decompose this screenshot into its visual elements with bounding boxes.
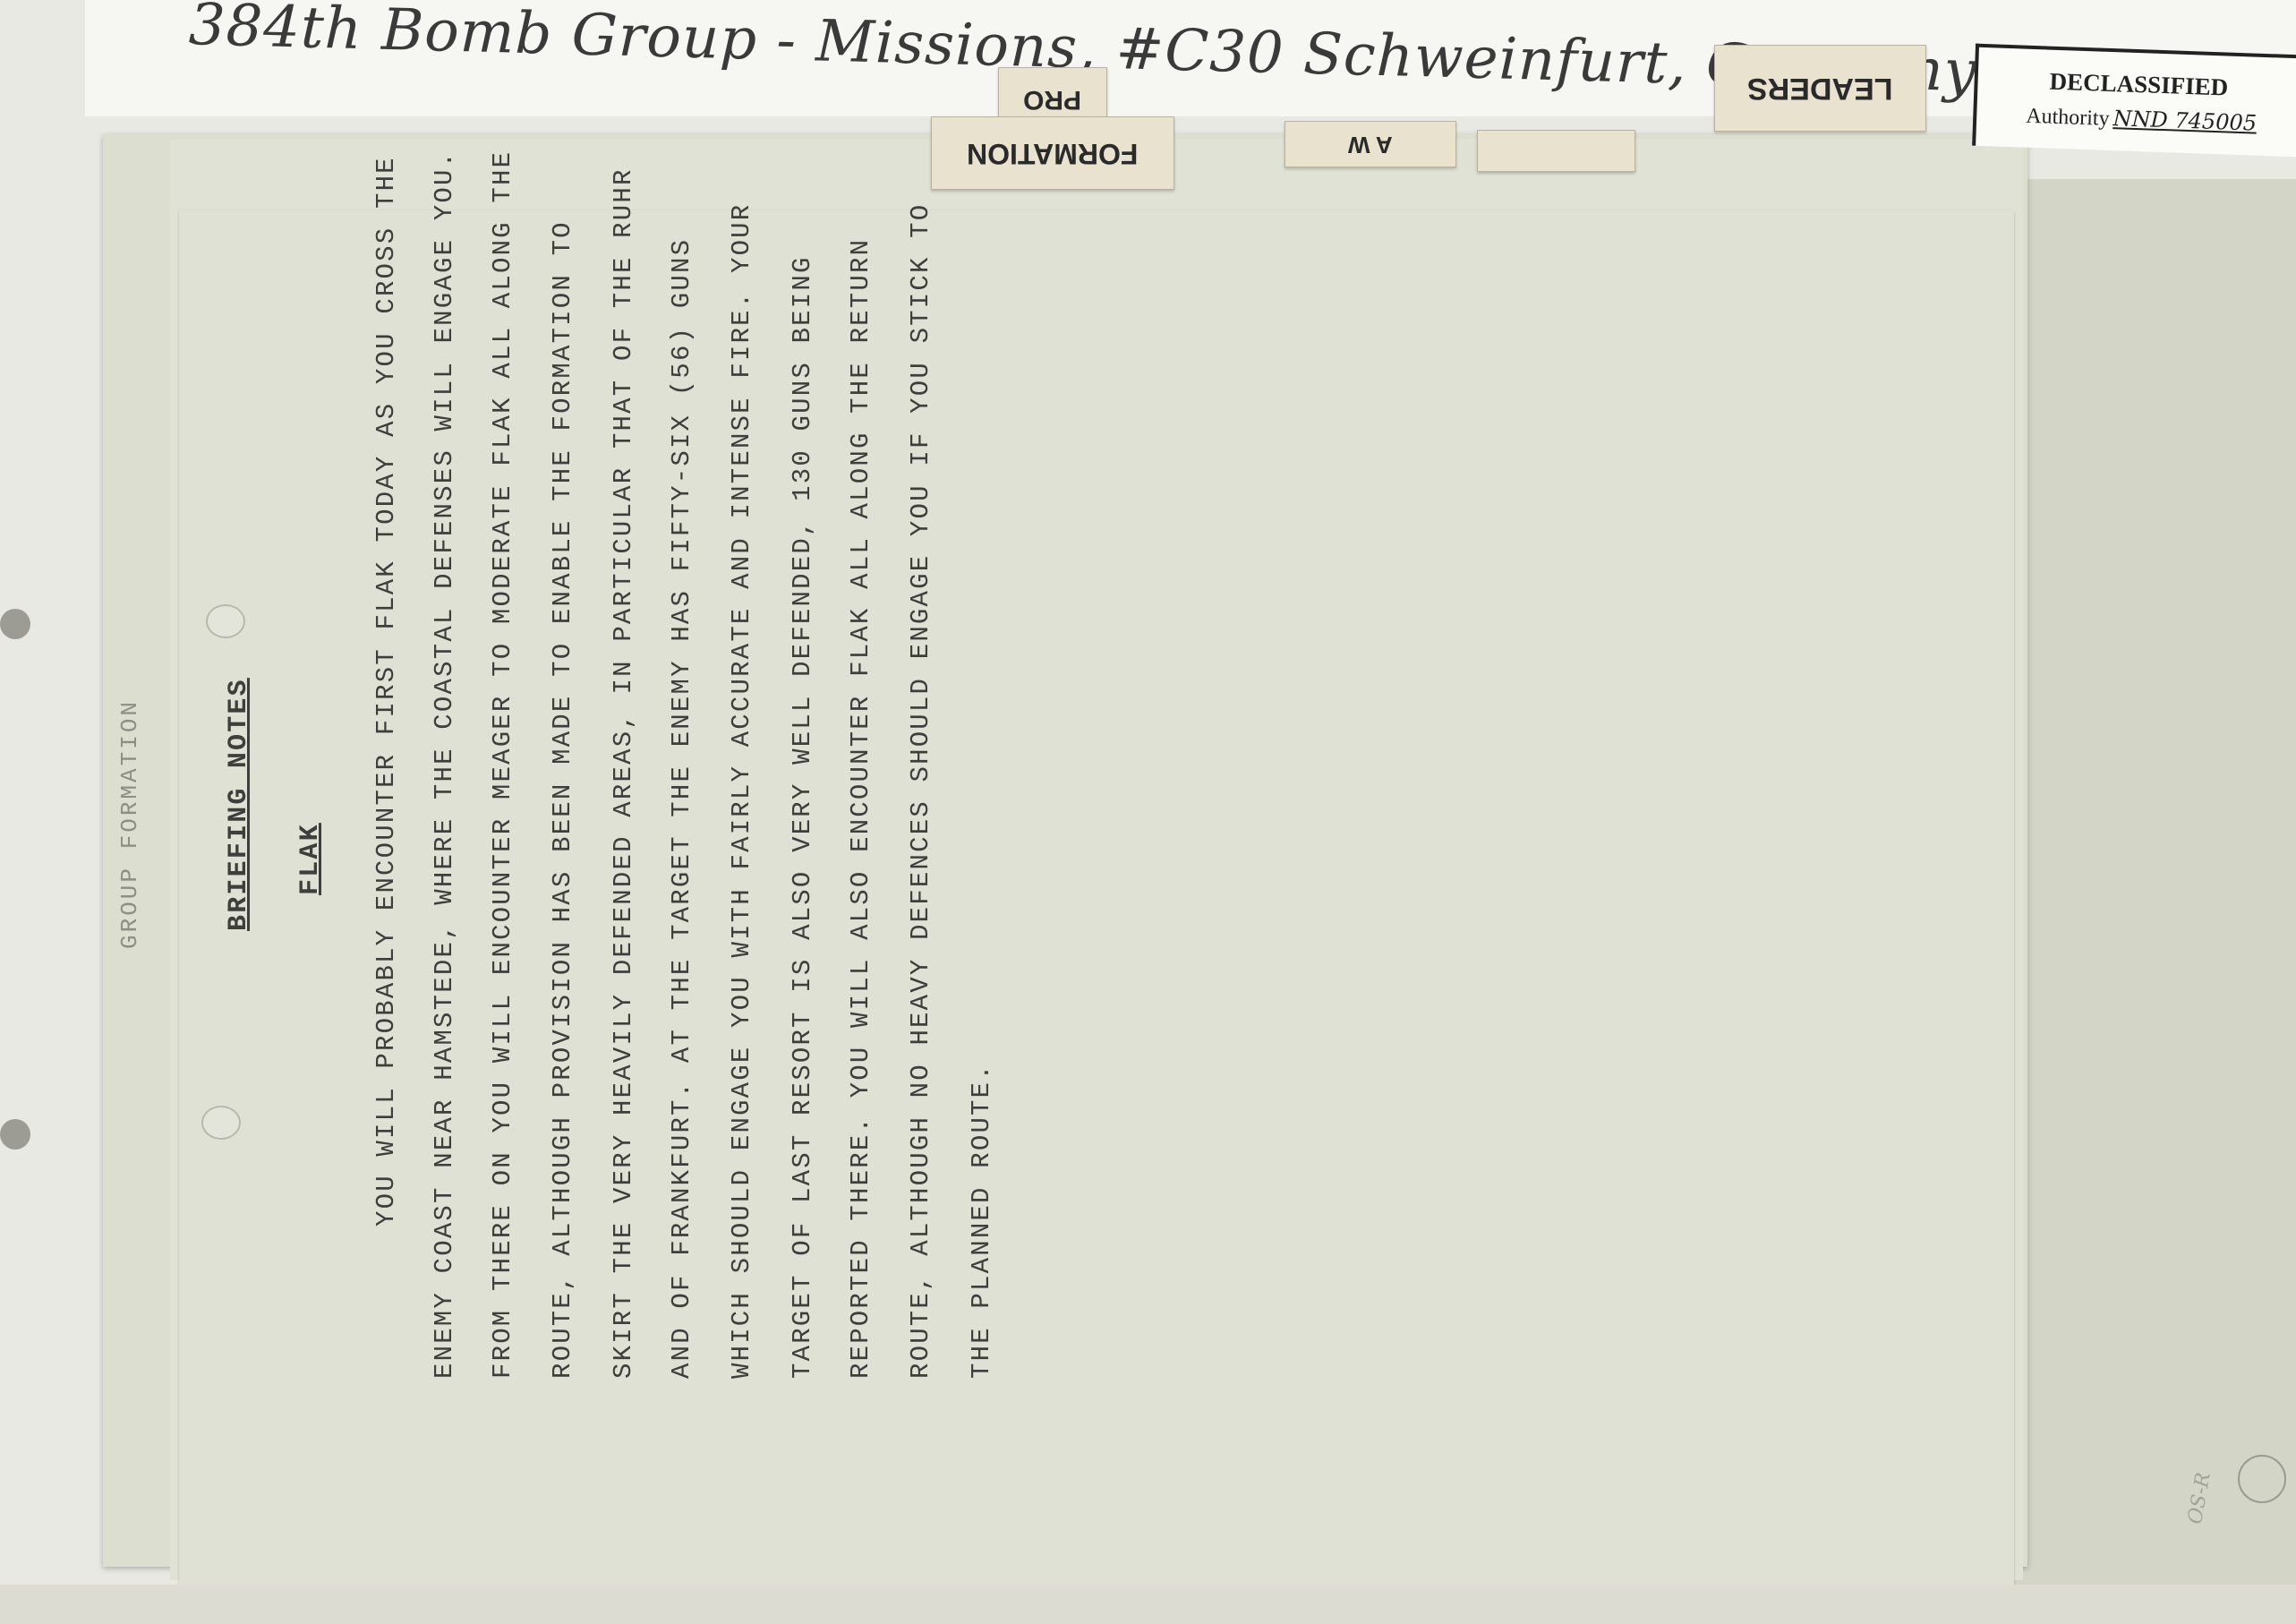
document-subheading: FLAK <box>295 823 326 895</box>
underlying-pages <box>2014 179 2296 1611</box>
body-line: ENEMY COAST NEAR HAMSTEDE, WHERE THE COA… <box>430 150 459 1379</box>
declassified-title: DECLASSIFIED <box>2049 68 2229 102</box>
tab-a-w[interactable]: A W <box>1285 121 1456 167</box>
body-line: THE PLANNED ROUTE. <box>967 1063 996 1379</box>
body-line: ROUTE, ALTHOUGH NO HEAVY DEFENCES SHOULD… <box>906 203 935 1379</box>
binder-hole <box>0 609 30 639</box>
body-line: SKIRT THE VERY HEAVILY DEFENDED AREAS, I… <box>609 167 638 1379</box>
authority-line: AuthorityNND 745005 <box>2026 103 2258 137</box>
body-line: ROUTE, ALTHOUGH PROVISION HAS BEEN MADE … <box>548 220 577 1379</box>
body-line: REPORTED THERE. YOU WILL ALSO ENCOUNTER … <box>846 238 875 1379</box>
binder-hole <box>0 1119 30 1150</box>
page-stack-bottom-edge <box>0 1585 2296 1624</box>
body-line: TARGET OF LAST RESORT IS ALSO VERY WELL … <box>788 255 817 1379</box>
body-line: AND OF FRANKFURT. AT THE TARGET THE ENEM… <box>667 238 696 1379</box>
punch-hole <box>201 1106 241 1140</box>
side-label: GROUP FORMATION <box>116 699 143 949</box>
faint-stamp-mark <box>2238 1455 2286 1503</box>
tab-leaders[interactable]: LEADERS <box>1714 45 1926 132</box>
tab-blank[interactable] <box>1477 130 1635 172</box>
declassified-stamp: DECLASSIFIED AuthorityNND 745005 <box>1972 44 2296 158</box>
punch-hole <box>206 604 245 638</box>
document-heading: BRIEFING NOTES <box>224 678 254 931</box>
body-line: FROM THERE ON YOU WILL ENCOUNTER MEAGER … <box>488 150 517 1379</box>
body-line: YOU WILL PROBABLY ENCOUNTER FIRST FLAK T… <box>371 156 401 1227</box>
tab-formation[interactable]: FORMATION <box>931 116 1174 190</box>
body-line: WHICH SHOULD ENGAGE YOU WITH FAIRLY ACCU… <box>727 203 756 1379</box>
